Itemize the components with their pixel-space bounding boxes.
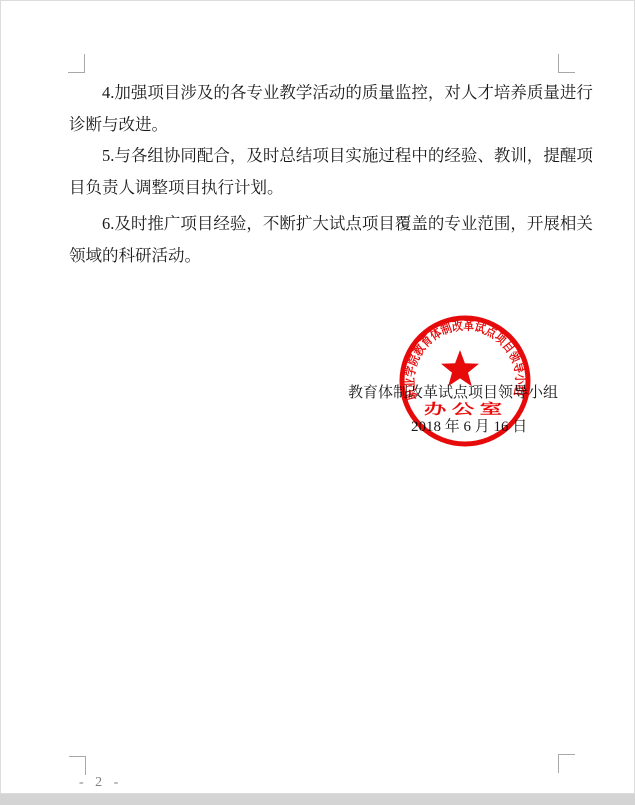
crop-mark-top-left-icon [68,54,85,73]
body-line: 6.及时推广项目经验，不断扩大试点项目覆盖的专业范围，开展相关 [69,208,569,240]
body-text: 4.加强项目涉及的各专业教学活动的质量监控，对人才培养质量进行 诊断与改进。 5… [69,77,569,271]
page-number: - 2 - [79,775,122,791]
body-line: 目负责人调整项目执行计划。 [69,172,569,204]
body-line: 5.与各组协同配合，及时总结项目实施过程中的经验、教训，提醒项 [69,140,569,172]
body-line: 4.加强项目涉及的各专业教学活动的质量监控，对人才培养质量进行 [69,77,569,109]
body-line: 领域的科研活动。 [69,240,569,272]
body-line: 诊断与改进。 [69,109,569,141]
signature-line: 教育体制改革试点项目领导小组 [348,381,558,402]
crop-mark-top-right-icon [558,54,575,73]
date-line: 2018 年 6 月 16 日 [411,415,527,436]
crop-mark-bottom-left-icon [69,756,86,775]
crop-mark-bottom-right-icon [558,754,575,773]
document-page: 4.加强项目涉及的各专业教学活动的质量监控，对人才培养质量进行 诊断与改进。 5… [0,0,635,794]
